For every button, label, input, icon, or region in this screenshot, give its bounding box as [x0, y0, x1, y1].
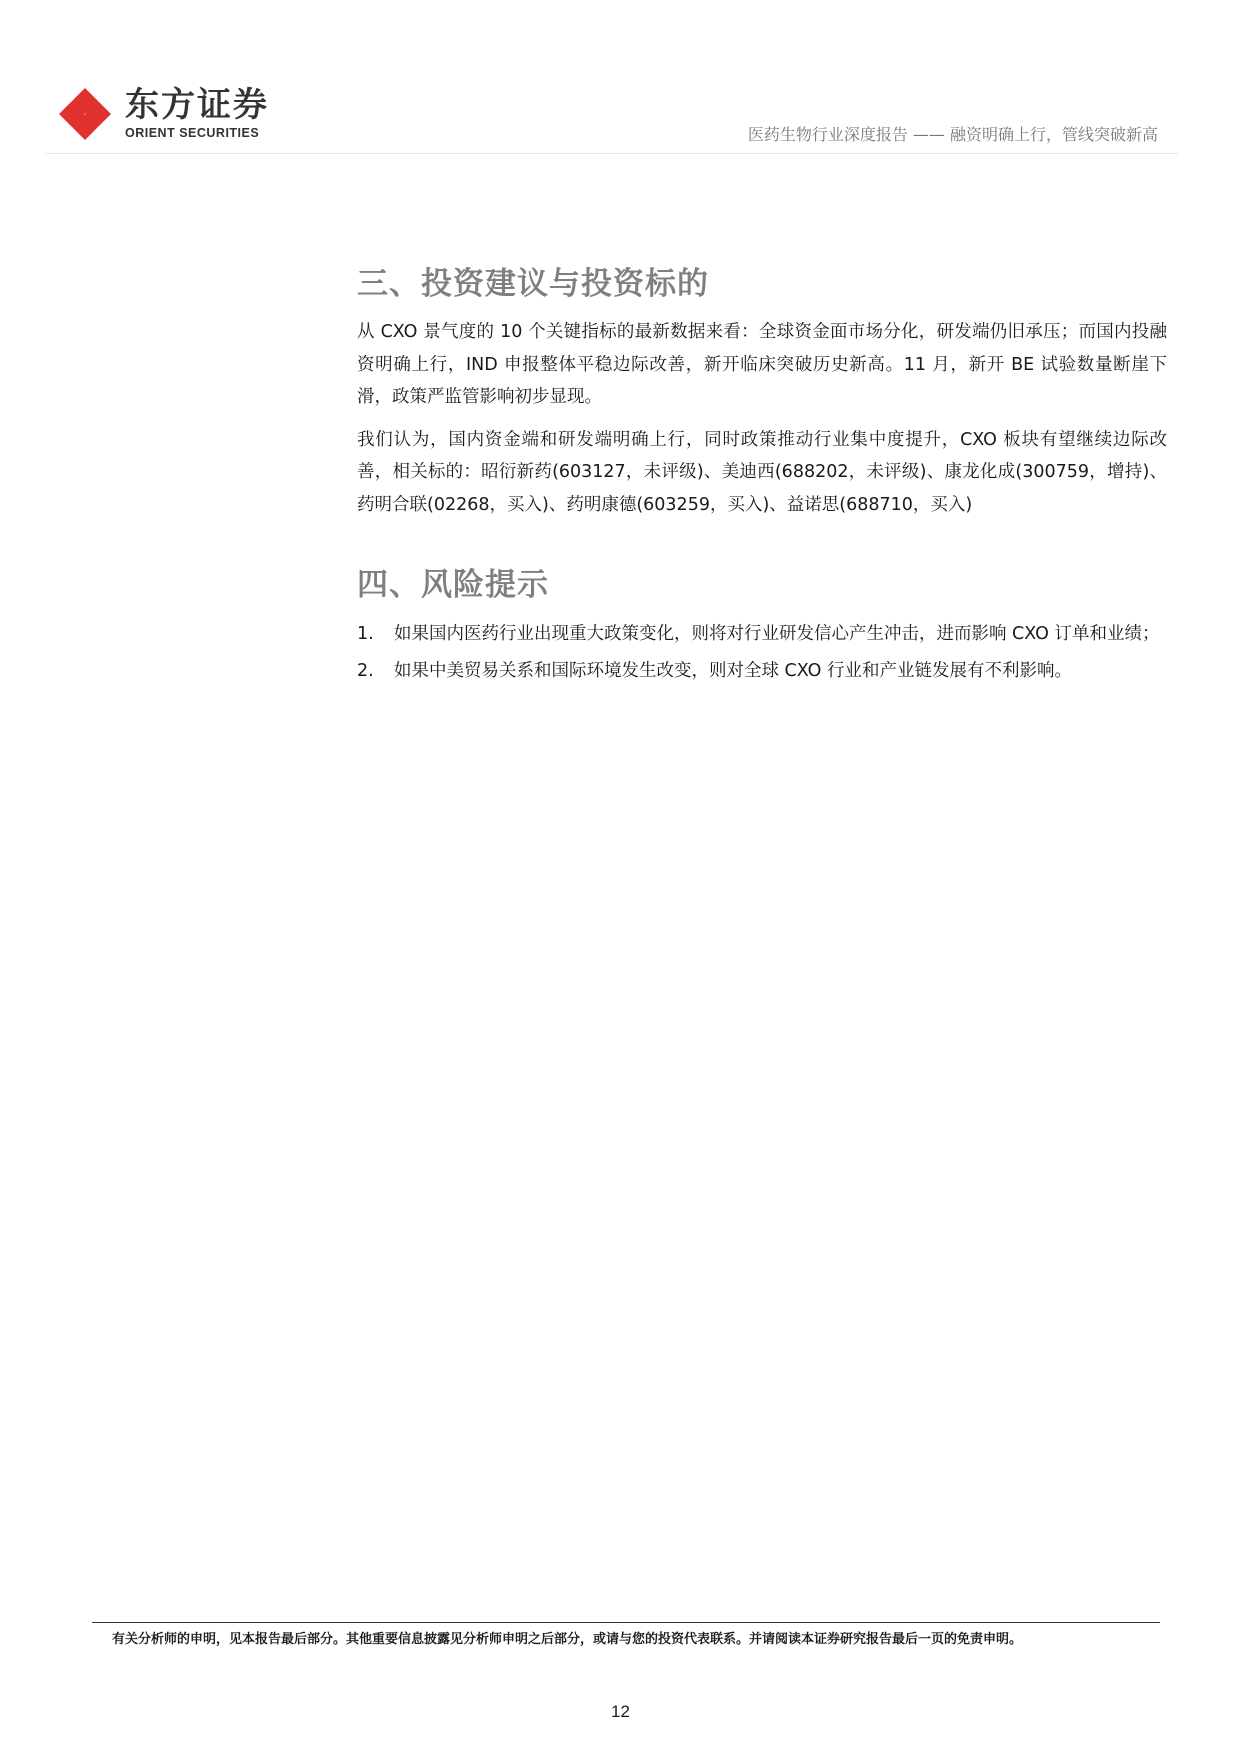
report-title: 医药生物行业深度报告 —— 融资明确上行，管线突破新高 [748, 122, 1158, 145]
section-title-investment: 三、投资建议与投资标的 [357, 262, 1167, 306]
footer-divider [92, 1622, 1160, 1623]
risk-item: 1. 如果国内医药行业出现重大政策变化，则将对行业研发信心产生冲击，进而影响 C… [357, 621, 1167, 648]
logo-english-name: ORIENT SECURITIES [125, 126, 259, 140]
paragraph-recommendation: 我们认为，国内资金端和研发端明确上行，同时政策推动行业集中度提升，CXO 板块有… [357, 424, 1167, 522]
logo-chinese-name: 东方证券 [125, 86, 269, 124]
header-divider [45, 153, 1178, 154]
risk-item: 2. 如果中美贸易关系和国际环境发生改变，则对全球 CXO 行业和产业链发展有不… [357, 658, 1167, 685]
page-content: 三、投资建议与投资标的 从 CXO 景气度的 10 个关键指标的最新数据来看：全… [357, 262, 1167, 695]
footer-disclaimer: 有关分析师的申明，见本报告最后部分。其他重要信息披露见分析师申明之后部分，或请与… [112, 1628, 1022, 1647]
risk-item-text: 如果中美贸易关系和国际环境发生改变，则对全球 CXO 行业和产业链发展有不利影响… [394, 661, 1072, 681]
paragraph-indicators: 从 CXO 景气度的 10 个关键指标的最新数据来看：全球资金面市场分化，研发端… [357, 316, 1167, 414]
section-title-risk: 四、风险提示 [357, 563, 1167, 607]
page-header: 东方证券 ORIENT SECURITIES 医药生物行业深度报告 —— 融资明… [45, 78, 1178, 154]
risk-list: 1. 如果国内医药行业出现重大政策变化，则将对行业研发信心产生冲击，进而影响 C… [357, 621, 1167, 685]
page-number: 12 [0, 1702, 1241, 1722]
risk-item-number: 1. [357, 621, 374, 648]
orient-securities-logo-icon [57, 86, 113, 142]
risk-item-text: 如果国内医药行业出现重大政策变化，则将对行业研发信心产生冲击，进而影响 CXO … [394, 624, 1160, 644]
risk-item-number: 2. [357, 658, 374, 685]
